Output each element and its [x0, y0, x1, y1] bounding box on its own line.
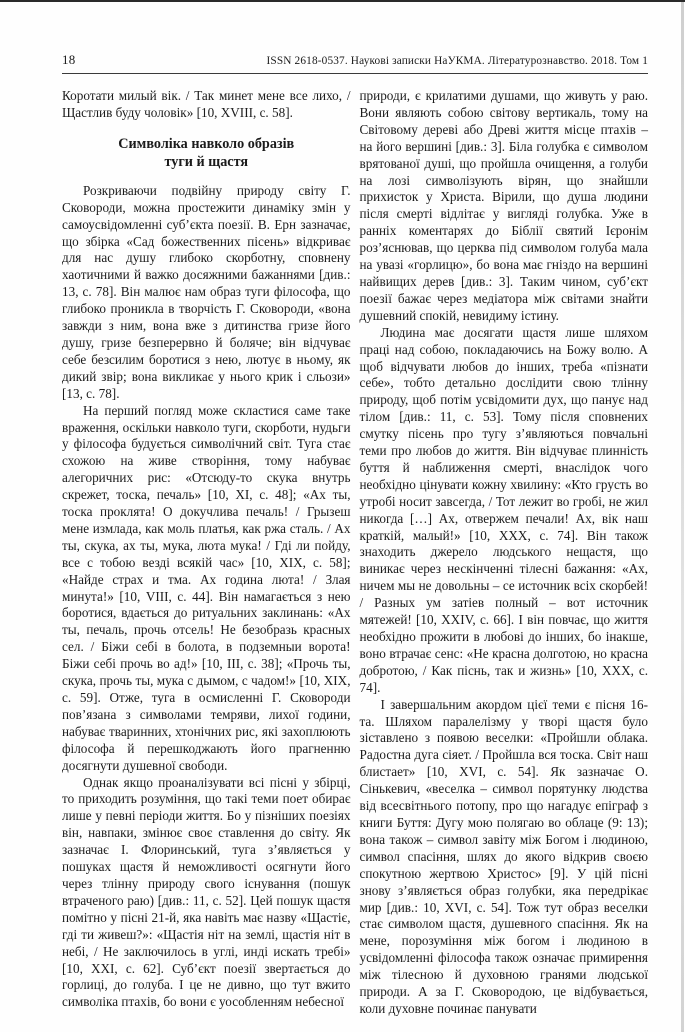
article-body: Коротати милый вік. / Так минет мене все… — [62, 88, 648, 1018]
section-heading-line1: Символіка навколо образів — [118, 136, 294, 152]
paragraph: Розкриваючи подвійну природу світу Г. Ск… — [62, 183, 351, 403]
running-head: ISSN 2618-0537. Наукові записки НаУКМА. … — [266, 55, 648, 67]
section-heading-line2: туги й щастя — [164, 154, 248, 170]
page-header: 18 ISSN 2618-0537. Наукові записки НаУКМ… — [62, 52, 648, 74]
paragraph: І завершальним акордом цієї теми є пісня… — [360, 697, 649, 1018]
paragraph: Людина має досягати щастя лише шляхом пр… — [360, 325, 649, 697]
paragraph: На перший погляд може скластися саме так… — [62, 403, 351, 775]
scan-edge-shadow — [681, 2, 684, 1032]
right-column: природи, є крилатими душами, що живуть у… — [360, 88, 649, 1018]
journal-page: 18 ISSN 2618-0537. Наукові записки НаУКМ… — [0, 0, 685, 1032]
section-heading: Символіка навколо образів туги й щастя — [62, 135, 351, 171]
page-number: 18 — [62, 52, 76, 68]
paragraph: Однак якщо проаналізувати всі пісні у зб… — [62, 775, 351, 1012]
paragraph-continuation: природи, є крилатими душами, що живуть у… — [360, 88, 649, 325]
page-content: 18 ISSN 2618-0537. Наукові записки НаУКМ… — [62, 52, 648, 1018]
left-column: Коротати милый вік. / Так минет мене все… — [62, 88, 351, 1018]
paragraph-continuation: Коротати милый вік. / Так минет мене все… — [62, 88, 351, 122]
